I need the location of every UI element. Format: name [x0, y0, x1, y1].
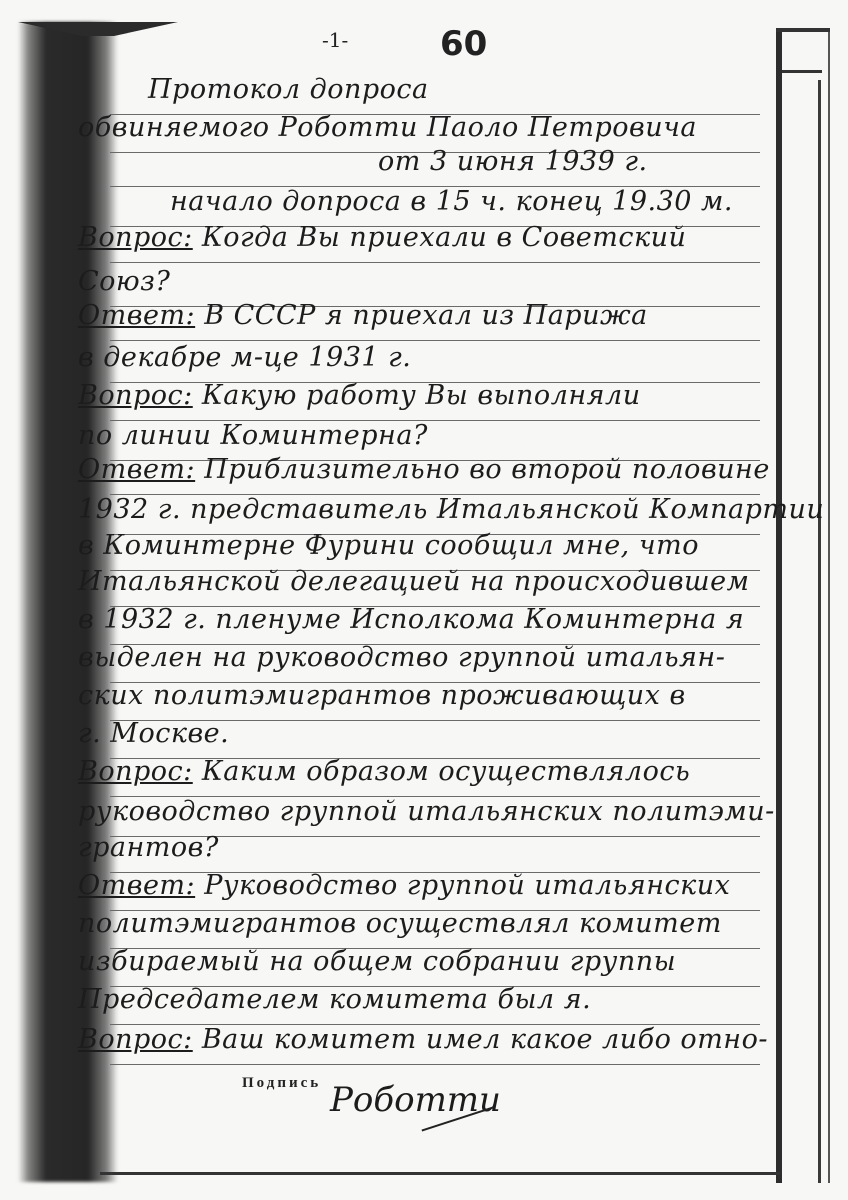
text-line: обвиняемого Роботти Паоло Петровича: [78, 112, 768, 143]
dialogue-line: Вопрос: Какую работу Вы выполняли: [78, 380, 768, 411]
speaker-label: Вопрос:: [78, 756, 193, 787]
page-frame-right-inner: [818, 80, 821, 1183]
speaker-label: Ответ:: [78, 870, 195, 901]
line-text: 1932 г. представитель Итальянской Компар…: [78, 494, 824, 525]
text-line: начало допроса в 15 ч. конец 19.30 м.: [78, 186, 848, 217]
line-text: Итальянской делегацией на происходившем: [78, 566, 750, 597]
page-frame-top-inner: [782, 70, 822, 73]
speaker-label: Вопрос:: [78, 1024, 193, 1055]
text-line: в Коминтерне Фурини сообщил мне, что: [78, 530, 768, 561]
ruled-line: [110, 262, 760, 263]
archive-number: 60: [440, 24, 487, 64]
text-line: от 3 июня 1939 г.: [78, 146, 848, 177]
ruled-line: [110, 1064, 760, 1065]
text-line: Председателем комитета был я.: [78, 984, 768, 1015]
line-text: руководство группой итальянских политэми…: [78, 796, 775, 827]
speaker-label: Ответ:: [78, 300, 195, 331]
dialogue-line: Ответ: Приблизительно во второй половине: [78, 454, 768, 485]
text-line: политэмигрантов осуществлял комитет: [78, 908, 768, 939]
ruled-line: [110, 340, 760, 341]
scanned-document-page: -1- 60 Протокол допросаобвиняемого Робот…: [0, 0, 848, 1200]
dialogue-line: Вопрос: Когда Вы приехали в Советский: [78, 222, 768, 253]
dialogue-line: Вопрос: Каким образом осуществлялось: [78, 756, 768, 787]
text-line: ских политэмигрантов проживающих в: [78, 680, 768, 711]
line-text: от 3 июня 1939 г.: [378, 146, 648, 177]
text-line: 1932 г. представитель Итальянской Компар…: [78, 494, 768, 525]
page-frame-bottom: [100, 1172, 780, 1175]
line-text: В СССР я приехал из Парижа: [195, 300, 648, 331]
line-text: выделен на руководство группой итальян-: [78, 642, 725, 673]
line-text: Приблизительно во второй половине: [195, 454, 770, 485]
line-text: ских политэмигрантов проживающих в: [78, 680, 686, 711]
line-text: Председателем комитета был я.: [78, 984, 591, 1015]
text-line: г. Москве.: [78, 718, 768, 749]
line-text: Протокол допроса: [148, 74, 429, 105]
text-line: по линии Коминтерна?: [78, 420, 768, 451]
dialogue-line: Ответ: В СССР я приехал из Парижа: [78, 300, 768, 331]
line-text: Союз?: [78, 266, 170, 297]
speaker-label: Вопрос:: [78, 380, 193, 411]
line-text: Руководство группой итальянских: [195, 870, 730, 901]
line-text: обвиняемого Роботти Паоло Петровича: [78, 112, 697, 143]
line-text: грантов?: [78, 832, 219, 863]
line-text: Когда Вы приехали в Советский: [193, 222, 687, 253]
page-frame-top: [776, 28, 830, 32]
text-line: выделен на руководство группой итальян-: [78, 642, 768, 673]
text-line: Протокол допроса: [78, 74, 838, 105]
text-line: в 1932 г. пленуме Исполкома Коминтерна я: [78, 604, 768, 635]
signature-label: Подпись: [242, 1075, 321, 1092]
line-text: по линии Коминтерна?: [78, 420, 428, 451]
text-line: в декабре м-це 1931 г.: [78, 342, 768, 373]
page-marker: -1-: [322, 28, 348, 52]
text-line: избираемый на общем собрании группы: [78, 946, 768, 977]
line-text: Какую работу Вы выполняли: [193, 380, 641, 411]
line-text: в декабре м-це 1931 г.: [78, 342, 411, 373]
line-text: в 1932 г. пленуме Исполкома Коминтерна я: [78, 604, 744, 635]
text-line: грантов?: [78, 832, 768, 863]
dialogue-line: Вопрос: Ваш комитет имел какое либо отно…: [78, 1024, 768, 1055]
line-text: начало допроса в 15 ч. конец 19.30 м.: [170, 186, 733, 217]
line-text: в Коминтерне Фурини сообщил мне, что: [78, 530, 699, 561]
speaker-label: Ответ:: [78, 454, 195, 485]
speaker-label: Вопрос:: [78, 222, 193, 253]
line-text: Каким образом осуществлялось: [193, 756, 690, 787]
line-text: избираемый на общем собрании группы: [78, 946, 676, 977]
text-line: руководство группой итальянских политэми…: [78, 796, 768, 827]
text-line: Союз?: [78, 266, 768, 297]
dialogue-line: Ответ: Руководство группой итальянских: [78, 870, 768, 901]
line-text: Ваш комитет имел какое либо отно-: [193, 1024, 768, 1055]
line-text: политэмигрантов осуществлял комитет: [78, 908, 722, 939]
line-text: г. Москве.: [78, 718, 229, 749]
text-line: Итальянской делегацией на происходившем: [78, 566, 768, 597]
